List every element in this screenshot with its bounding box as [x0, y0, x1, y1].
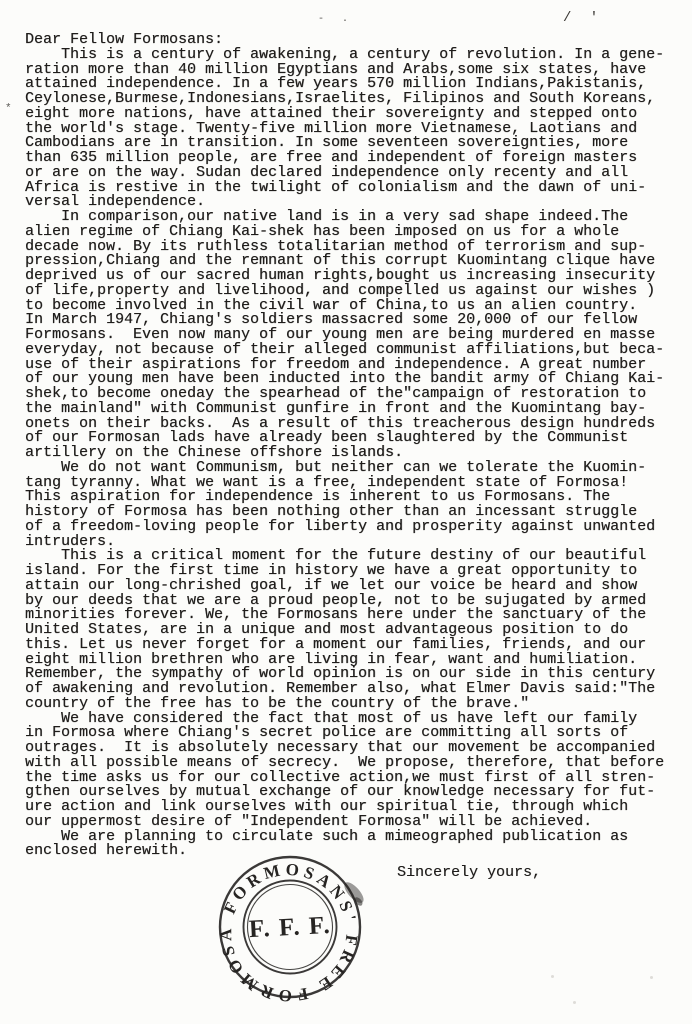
paragraph-4: This is a critical moment for the future… [25, 549, 685, 711]
fff-stamp: FORMOSANS' FREE FORMOSA F. F. F. [214, 851, 366, 1003]
paragraph-2: In comparison,our native land is in a ve… [25, 210, 685, 461]
paper-speck [551, 975, 554, 978]
paper-speck [573, 1001, 576, 1004]
stray-typewriter-mark: - . [318, 14, 354, 25]
stamp-center-text: F. F. F. [248, 912, 331, 943]
fff-stamp-seal: FORMOSANS' FREE FORMOSA F. F. F. [214, 851, 366, 1003]
paragraph-1: This is a century of awakening, a centur… [25, 48, 685, 210]
paper-speck [650, 976, 653, 979]
paragraph-5: We have considered the fact that most of… [25, 712, 685, 830]
stray-typewriter-mark: / ' [563, 10, 603, 26]
closing-signature: Sincerely yours, [397, 864, 541, 881]
stray-typewriter-mark: * [5, 103, 12, 115]
letter-body: Dear Fellow Formosans: This is a century… [25, 33, 685, 859]
paragraph-3: We do not want Communism, but neither ca… [25, 461, 685, 550]
